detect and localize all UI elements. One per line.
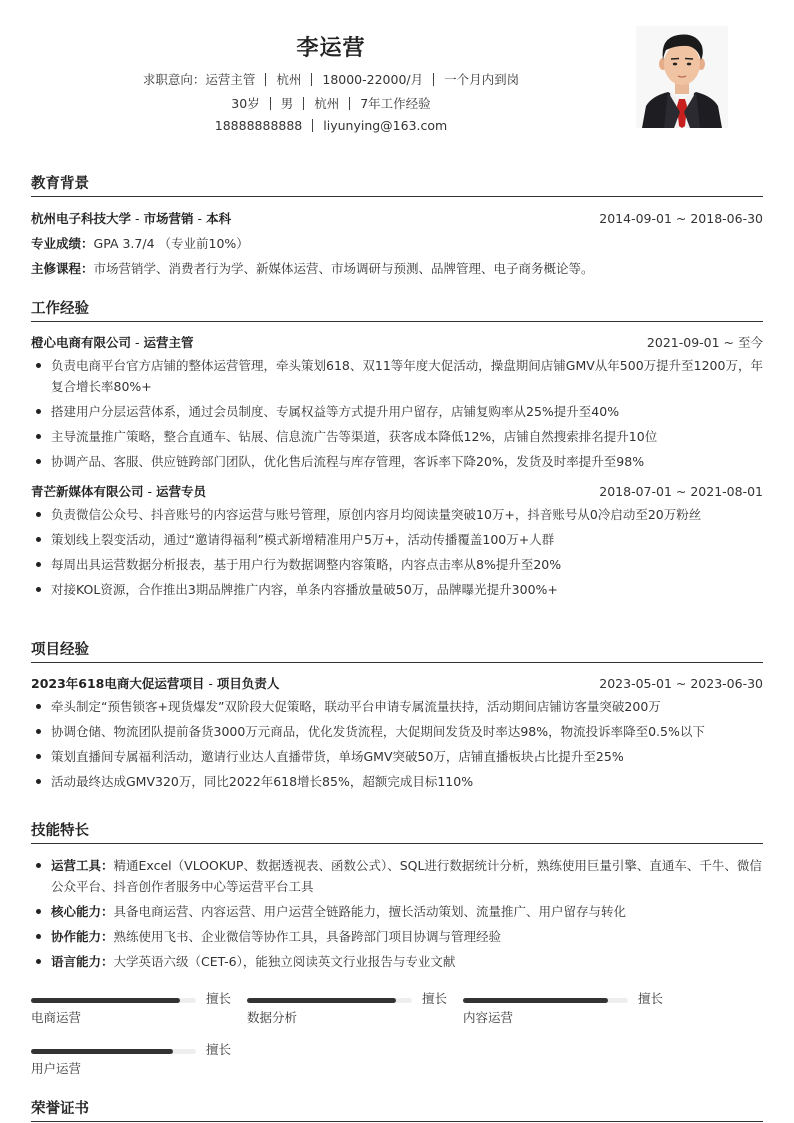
phone: 18888888888: [215, 118, 302, 133]
bar-fill: [247, 998, 396, 1003]
skill-bar-user-ops: 擅长 用户运营: [31, 1040, 247, 1080]
gpa-label: 专业成绩: [31, 236, 81, 251]
dash: -: [208, 676, 213, 691]
expected-salary: 18000-22000/月: [322, 72, 423, 87]
job-date: 2021-09-01 ~ 至今: [647, 330, 763, 355]
skill-label: 核心能力: [51, 904, 101, 919]
skill-text: 大学英语六级（CET-6），能独立阅读英文行业报告与专业文献: [114, 954, 456, 969]
dash: -: [148, 484, 153, 499]
personal-info-line: 30岁男杭州7年工作经验: [0, 94, 662, 112]
skill-text: 精通Excel（VLOOKUP、数据透视表、函数公式）、SQL进行数据统计分析，…: [51, 858, 762, 894]
job-role: 运营专员: [156, 484, 206, 499]
project-title: 2023年618电商大促运营项目-项目负责人: [31, 676, 279, 691]
job-bullets: 负责微信公众号、抖音账号的内容运营与账号管理，原创内容月均阅读量突破10万+，抖…: [31, 504, 763, 600]
list-item: 每周出具运营数据分析报表，基于用户行为数据调整内容策略，内容点击率从8%提升至2…: [31, 554, 763, 575]
job-bullets: 负责电商平台官方店铺的整体运营管理，牵头策划618、双11等年度大促活动，操盘期…: [31, 355, 763, 472]
bar-track: [247, 998, 412, 1003]
courses-row: 主修课程：市场营销学、消费者行为学、新媒体运营、市场调研与预测、品牌管理、电子商…: [31, 256, 763, 281]
skill-item: 核心能力：具备电商运营、内容运营、用户运营全链路能力，擅长活动策划、流量推广、用…: [31, 901, 763, 922]
degree: 本科: [206, 211, 231, 226]
job-title: 橙心电商有限公司-运营主管: [31, 335, 194, 350]
experience-years: 7年工作经验: [360, 96, 430, 111]
dash: -: [198, 211, 203, 226]
skill-item: 语言能力：大学英语六级（CET-6），能独立阅读英文行业报告与专业文献: [31, 951, 763, 972]
section-title: 教育背景: [31, 173, 763, 197]
projects-section: 项目经验 2023年618电商大促运营项目-项目负责人 2023-05-01 ~…: [31, 639, 763, 796]
gpa-row: 专业成绩：GPA 3.7/4 （专业前10%）: [31, 231, 763, 256]
job-date: 2018-07-01 ~ 2021-08-01: [599, 479, 763, 504]
intention: 求职意向：运营主管: [143, 72, 256, 87]
list-item: 负责电商平台官方店铺的整体运营管理，牵头策划618、双11等年度大促活动，操盘期…: [31, 355, 763, 397]
skill-item: 协作能力：熟练使用飞书、企业微信等协作工具，具备跨部门项目协调与管理经验: [31, 926, 763, 947]
gpa-value: GPA 3.7/4 （专业前10%）: [94, 236, 249, 251]
project-bullets: 牵头制定“预售锁客+现货爆发”双阶段大促策略，联动平台申请专属流量扶持，活动期间…: [31, 696, 763, 792]
candidate-name: 李运营: [0, 31, 662, 62]
list-item: 策划线上裂变活动，通过“邀请得福利”模式新增精准用户5万+，活动传播覆盖100万…: [31, 529, 763, 550]
bar-track: [31, 998, 196, 1003]
skill-level: 擅长: [206, 1040, 231, 1060]
section-title: 荣誉证书: [31, 1098, 763, 1122]
skill-item: 运营工具：精通Excel（VLOOKUP、数据透视表、函数公式）、SQL进行数据…: [31, 855, 763, 897]
bar-fill: [31, 1049, 173, 1054]
job-role: 运营主管: [144, 335, 194, 350]
skill-label: 运营工具: [51, 858, 101, 873]
skill-bar-content: 擅长 内容运营: [463, 989, 679, 1029]
city: 杭州: [314, 96, 339, 111]
skill-level: 擅长: [638, 989, 663, 1009]
major: 市场营销: [144, 211, 194, 226]
list-item: 搭建用户分层运营体系，通过会员制度、专属权益等方式提升用户留存，店铺复购率从25…: [31, 401, 763, 422]
dash: -: [135, 335, 140, 350]
education-date: 2014-09-01 ~ 2018-06-30: [599, 206, 763, 231]
skills-bullets: 运营工具：精通Excel（VLOOKUP、数据透视表、函数公式）、SQL进行数据…: [31, 855, 763, 972]
honors-section: 荣誉证书: [31, 1098, 763, 1122]
separator: [349, 97, 350, 110]
project-name: 2023年618电商大促运营项目: [31, 676, 204, 691]
separator: [303, 97, 304, 110]
skill-bar-ecommerce: 擅长 电商运营: [31, 989, 247, 1029]
avatar: [636, 26, 728, 128]
courses-label: 主修课程: [31, 261, 81, 276]
list-item: 协调产品、客服、供应链跨部门团队，优化售后流程与库存管理，客诉率下降20%，发货…: [31, 451, 763, 472]
job-header: 青芒新媒体有限公司-运营专员 2018-07-01 ~ 2021-08-01: [31, 479, 763, 504]
resume-page: 李运营 求职意向：运营主管杭州18000-22000/月一个月内到岗 30岁男杭…: [0, 0, 794, 1123]
dash: -: [135, 211, 140, 226]
company-name: 青芒新媒体有限公司: [31, 484, 144, 499]
bar-fill: [463, 998, 608, 1003]
job-title: 青芒新媒体有限公司-运营专员: [31, 484, 206, 499]
list-item: 协调仓储、物流团队提前备货3000万元商品，优化发货流程，大促期间发货及时率达9…: [31, 721, 763, 742]
education-section: 教育背景 杭州电子科技大学-市场营销-本科 2014-09-01 ~ 2018-…: [31, 173, 763, 281]
skill-name: 电商运营: [31, 1008, 81, 1028]
school-name: 杭州电子科技大学: [31, 211, 131, 226]
gender: 男: [281, 96, 294, 111]
skill-label: 协作能力: [51, 929, 101, 944]
skill-level: 擅长: [422, 989, 447, 1009]
skill-text: 熟练使用飞书、企业微信等协作工具，具备跨部门项目协调与管理经验: [114, 929, 502, 944]
section-title: 技能特长: [31, 820, 763, 844]
skill-name: 内容运营: [463, 1008, 513, 1028]
job-header: 橙心电商有限公司-运营主管 2021-09-01 ~ 至今: [31, 330, 763, 355]
separator: [312, 119, 313, 132]
work-section: 工作经验 橙心电商有限公司-运营主管 2021-09-01 ~ 至今 负责电商平…: [31, 298, 763, 604]
courses-value: 市场营销学、消费者行为学、新媒体运营、市场调研与预测、品牌管理、电子商务概论等。: [94, 261, 594, 276]
age: 30岁: [231, 96, 259, 111]
separator: [311, 73, 312, 86]
list-item: 主导流量推广策略，整合直通车、钻展、信息流广告等渠道，获客成本降低12%，店铺自…: [31, 426, 763, 447]
list-item: 对接KOL资源，合作推出3期品牌推广内容，单条内容播放量破50万，品牌曝光提升3…: [31, 579, 763, 600]
avatar-illustration-icon: [636, 26, 728, 128]
list-item: 牵头制定“预售锁客+现货爆发”双阶段大促策略，联动平台申请专属流量扶持，活动期间…: [31, 696, 763, 717]
skill-name: 数据分析: [247, 1008, 297, 1028]
skill-bar-data-analysis: 擅长 数据分析: [247, 989, 463, 1029]
separator: [265, 73, 266, 86]
separator: [270, 97, 271, 110]
project-role: 项目负责人: [217, 676, 280, 691]
intention-city: 杭州: [276, 72, 301, 87]
separator: [433, 73, 434, 86]
availability: 一个月内到岗: [444, 72, 519, 87]
bar-track: [463, 998, 628, 1003]
list-item: 负责微信公众号、抖音账号的内容运营与账号管理，原创内容月均阅读量突破10万+，抖…: [31, 504, 763, 525]
list-item: 策划直播间专属福利活动，邀请行业达人直播带货，单场GMV突破50万，店铺直播板块…: [31, 746, 763, 767]
skill-label: 语言能力: [51, 954, 101, 969]
skill-level: 擅长: [206, 989, 231, 1009]
list-item: 活动最终达成GMV320万，同比2022年618增长85%，超额完成目标110%: [31, 771, 763, 792]
skill-name: 用户运营: [31, 1059, 81, 1079]
bar-fill: [31, 998, 180, 1003]
education-title: 杭州电子科技大学-市场营销-本科: [31, 211, 231, 226]
job-intention-line: 求职意向：运营主管杭州18000-22000/月一个月内到岗: [0, 70, 662, 88]
contact-line: 18888888888liyunying@163.com: [0, 118, 662, 133]
project-header: 2023年618电商大促运营项目-项目负责人 2023-05-01 ~ 2023…: [31, 671, 763, 696]
skills-section: 技能特长 运营工具：精通Excel（VLOOKUP、数据透视表、函数公式）、SQ…: [31, 820, 763, 976]
project-date: 2023-05-01 ~ 2023-06-30: [599, 671, 763, 696]
company-name: 橙心电商有限公司: [31, 335, 131, 350]
education-entry-header: 杭州电子科技大学-市场营销-本科 2014-09-01 ~ 2018-06-30: [31, 206, 763, 231]
section-title: 项目经验: [31, 639, 763, 663]
skill-text: 具备电商运营、内容运营、用户运营全链路能力，擅长活动策划、流量推广、用户留存与转…: [114, 904, 627, 919]
email[interactable]: liyunying@163.com: [323, 118, 447, 133]
bar-track: [31, 1049, 196, 1054]
section-title: 工作经验: [31, 298, 763, 322]
